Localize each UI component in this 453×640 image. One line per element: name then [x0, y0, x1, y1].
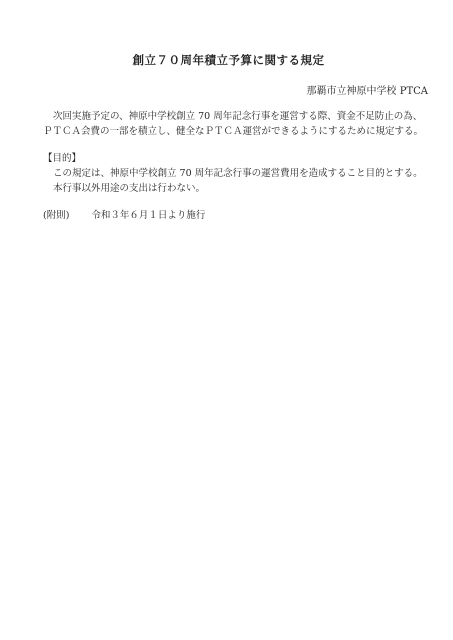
document-page: 創立７０周年積立予算に関する規定 那覇市立神原中学校 PTCA 次回実施予定の、…: [0, 0, 453, 640]
document-title: 創立７０周年積立予算に関する規定: [36, 52, 421, 68]
purpose-paragraph: この規定は、神原中学校創立 70 周年記念行事の運営費用を造成すること目的とする…: [43, 166, 428, 196]
purpose-section-heading: 【目的】: [43, 151, 428, 166]
supplementary-label: (附則): [43, 210, 69, 221]
supplementary-text: 令和３年６月１日より施行: [91, 208, 205, 223]
document-byline: 那覇市立神原中学校 PTCA: [43, 84, 428, 99]
intro-paragraph: 次回実施予定の、神原中学校創立 70 周年記念行事を運営する際、資金不足防止の為…: [43, 109, 428, 139]
supplementary-provision: (附則)令和３年６月１日より施行: [43, 208, 428, 223]
purpose-section: 【目的】 この規定は、神原中学校創立 70 周年記念行事の運営費用を造成すること…: [43, 151, 428, 196]
intro-line-2: ＰＴＣＡ会費の一部を積立し、健全なＰＴＣＡ運営ができるようにするために規定する。: [43, 124, 428, 139]
intro-line-1: 次回実施予定の、神原中学校創立 70 周年記念行事を運営する際、資金不足防止の為…: [43, 109, 428, 124]
purpose-line-1: この規定は、神原中学校創立 70 周年記念行事の運営費用を造成すること目的とする…: [43, 166, 428, 181]
purpose-line-2: 本行事以外用途の支出は行わない。: [43, 181, 428, 196]
